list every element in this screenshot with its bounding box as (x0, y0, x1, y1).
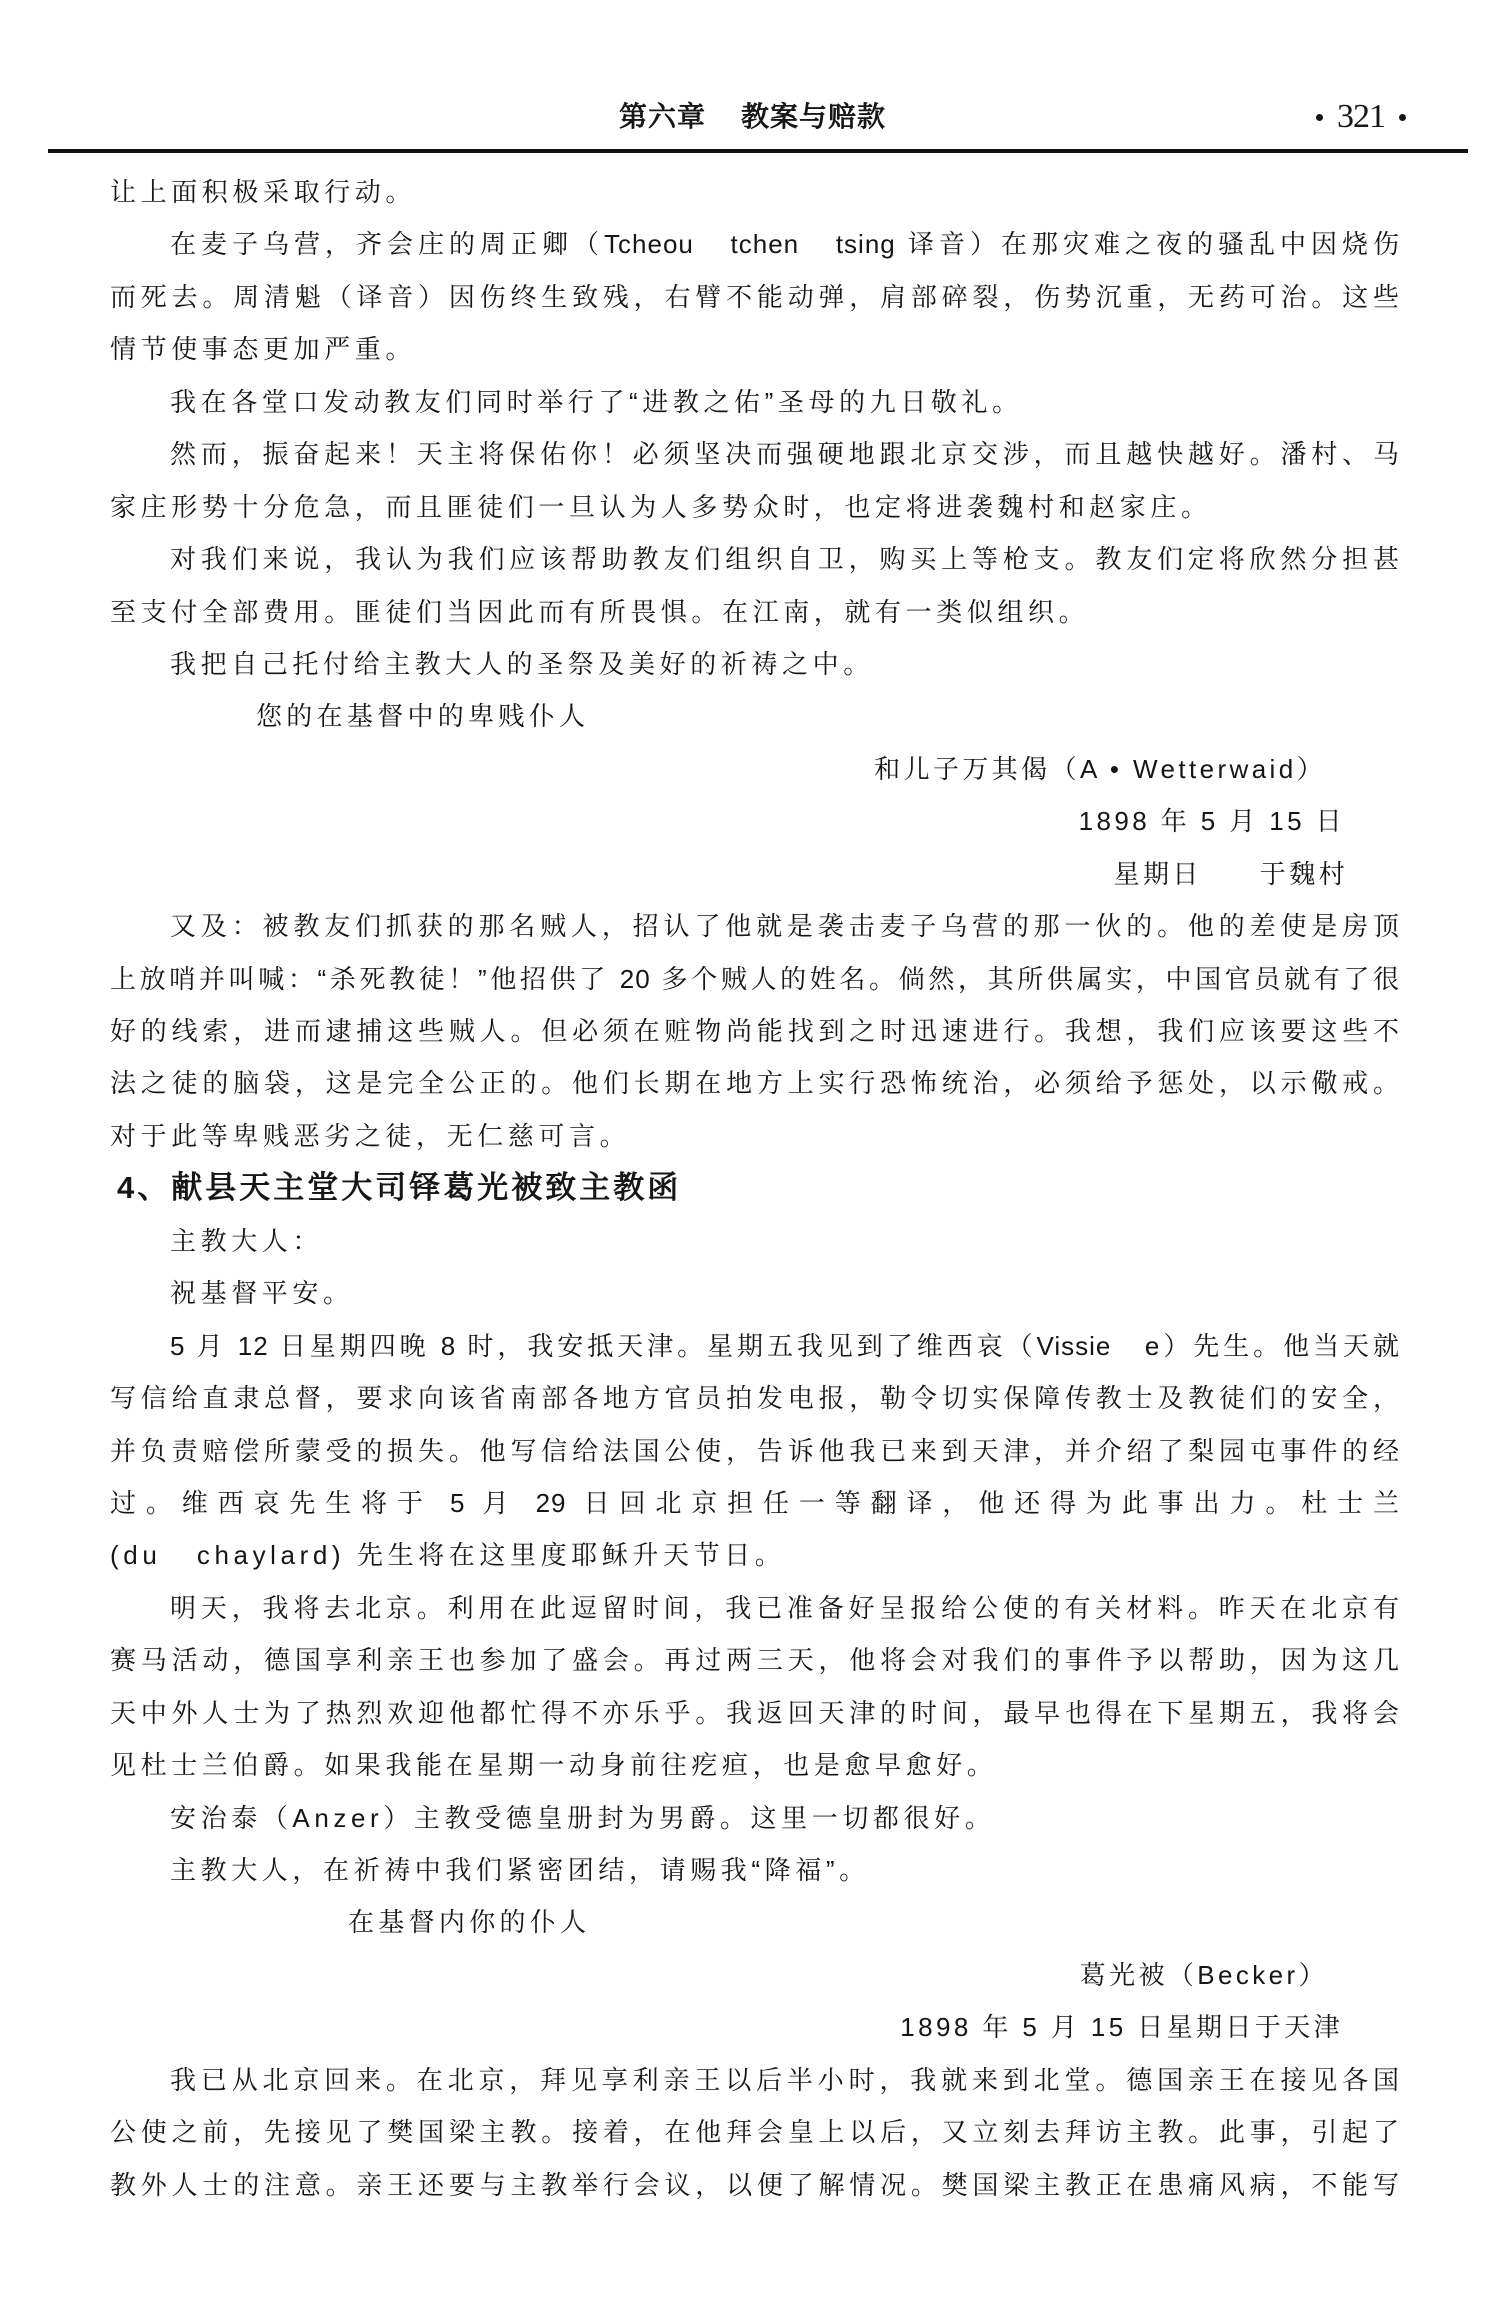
paragraph: 对我们来说，我认为我们应该帮助教友们组织自卫，购买上等枪支。教友们定将欣然分担甚… (110, 533, 1400, 638)
signature-date: 1898 年 5 月 15 日 (110, 795, 1400, 847)
running-header: 第六章 教案与赔款 321 (0, 0, 1500, 160)
text-line: 家庄形势十分危急，而且匪徒们一旦认为人多势众时，也定将进袭魏村和赵家庄。 (110, 481, 1400, 533)
letter-2: 主教大人： 祝基督平安。 5 月 12 日星期四晚 8 时，我安抵天津。星期五我… (110, 1215, 1400, 2211)
signature-name: 葛光被（Becker） (110, 1949, 1400, 2001)
letter-closing: 在基督内你的仆人 (110, 1896, 1400, 1948)
text-line: 我在各堂口发动教友们同时举行了“进教之佑”圣母的九日敬礼。 (110, 376, 1400, 428)
text-line: 主教大人，在祈祷中我们紧密团结，请赐我“降福”。 (110, 1844, 1400, 1896)
paragraph: 5 月 12 日星期四晚 8 时，我安抵天津。星期五我见到了维西哀（Vissie… (110, 1320, 1400, 1582)
text-line: (du chaylard) 先生将在这里度耶稣升天节日。 (110, 1529, 1400, 1581)
letter-1: 让上面积极采取行动。 在麦子乌营，齐会庄的周正卿（Tcheou tchen ts… (110, 166, 1400, 1162)
signature-block: 和儿子万其偈（A • Wetterwaid） 1898 年 5 月 15 日 星… (110, 743, 1400, 900)
section-heading: 4、献县天主堂大司铎葛光被致主教函 (110, 1162, 1400, 1214)
paragraph: 安治泰（Anzer）主教受德皇册封为男爵。这里一切都很好。 (110, 1792, 1400, 1844)
text-line: 而死去。周清魁（译音）因伤终生致残，右臂不能动弹，肩部碎裂，伤势沉重，无药可治。… (110, 271, 1400, 323)
postscript: 我已从北京回来。在北京，拜见享利亲王以后半小时，我就来到北堂。德国亲王在接见各国… (110, 2054, 1400, 2211)
text-line: 并负责赔偿所蒙受的损失。他写信给法国公使，告诉他我已来到天津，并介绍了梨园屯事件… (110, 1425, 1400, 1477)
text-line: 又及：被教友们抓获的那名贼人，招认了他就是袭击麦子乌营的那一伙的。他的差使是房顶 (110, 900, 1400, 952)
text-line: 明天，我将去北京。利用在此逗留时间，我已准备好呈报给公使的有关材料。昨天在北京有 (110, 1582, 1400, 1634)
paragraph: 明天，我将去北京。利用在此逗留时间，我已准备好呈报给公使的有关材料。昨天在北京有… (110, 1582, 1400, 1792)
page-number: 321 (1316, 96, 1406, 138)
letter-greeting: 祝基督平安。 (110, 1267, 1400, 1319)
paragraph: 在麦子乌营，齐会庄的周正卿（Tcheou tchen tsing 译音）在那灾难… (110, 218, 1400, 375)
text-line: 情节使事态更加严重。 (110, 323, 1400, 375)
letter-closing: 您的在基督中的卑贱仆人 (110, 690, 1400, 742)
text-line: 写信给直隶总督，要求向该省南部各地方官员拍发电报，勒令切实保障传教士及教徒们的安… (110, 1372, 1400, 1424)
text-line: 让上面积极采取行动。 (110, 166, 1400, 218)
page-body: 让上面积极采取行动。 在麦子乌营，齐会庄的周正卿（Tcheou tchen ts… (110, 166, 1400, 2211)
text-line: 天中外人士为了热烈欢迎他都忙得不亦乐乎。我返回天津的时间，最早也得在下星期五，我… (110, 1687, 1400, 1739)
text-line: 过。维西哀先生将于 5 月 29 日回北京担任一等翻译，他还得为此事出力。杜士兰 (110, 1477, 1400, 1529)
text-line: 至支付全部费用。匪徒们当因此而有所畏惧。在江南，就有一类似组织。 (110, 586, 1400, 638)
text-line: 5 月 12 日星期四晚 8 时，我安抵天津。星期五我见到了维西哀（Vissie… (110, 1320, 1400, 1372)
text-line: 法之徒的脑袋，这是完全公正的。他们长期在地方上实行恐怖统治，必须给予惩处，以示儆… (110, 1057, 1400, 1109)
signature-date-place: 1898 年 5 月 15 日星期日于天津 (110, 2001, 1400, 2053)
postscript: 又及：被教友们抓获的那名贼人，招认了他就是袭击麦子乌营的那一伙的。他的差使是房顶… (110, 900, 1400, 1162)
paragraph: 主教大人，在祈祷中我们紧密团结，请赐我“降福”。 (110, 1844, 1400, 1896)
text-line: 我把自己托付给主教大人的圣祭及美好的祈祷之中。 (110, 638, 1400, 690)
bullet-dot-icon (1316, 114, 1323, 121)
bullet-dot-icon (1399, 114, 1406, 121)
header-rule (48, 149, 1468, 153)
text-line: 然而，振奋起来！天主将保佑你！必须坚决而强硬地跟北京交涉，而且越快越好。潘村、马 (110, 428, 1400, 480)
signature-day-place: 星期日于魏村 (110, 848, 1400, 900)
signature-place: 于魏村 (1260, 859, 1348, 889)
text-line: 公使之前，先接见了樊国梁主教。接着，在他拜会皇上以后，又立刻去拜访主教。此事，引… (110, 2106, 1400, 2158)
text-line: 见杜士兰伯爵。如果我能在星期一动身前往疙疸，也是愈早愈好。 (110, 1739, 1400, 1791)
chapter-title: 教案与赔款 (741, 99, 886, 135)
text-line: 赛马活动，德国享利亲王也参加了盛会。再过两三天，他将会对我们的事件予以帮助，因为… (110, 1634, 1400, 1686)
text-line: 对我们来说，我认为我们应该帮助教友们组织自卫，购买上等枪支。教友们定将欣然分担甚 (110, 533, 1400, 585)
text-line: 教外人士的注意。亲王还要与主教举行会议，以便了解情况。樊国梁主教正在患痛风病，不… (110, 2159, 1400, 2211)
signature-weekday: 星期日 (1114, 859, 1202, 889)
text-line: 好的线索，进而逮捕这些贼人。但必须在赃物尚能找到之时迅速进行。我想，我们应该要这… (110, 1005, 1400, 1057)
page-number-value: 321 (1337, 96, 1385, 138)
text-line: 我已从北京回来。在北京，拜见享利亲王以后半小时，我就来到北堂。德国亲王在接见各国 (110, 2054, 1400, 2106)
chapter-label: 第六章 (619, 99, 706, 135)
text-line: 安治泰（Anzer）主教受德皇册封为男爵。这里一切都很好。 (110, 1792, 1400, 1844)
text-line: 上放哨并叫喊：“杀死教徒！”他招供了 20 多个贼人的姓名。倘然，其所供属实，中… (110, 953, 1400, 1005)
paragraph: 我在各堂口发动教友们同时举行了“进教之佑”圣母的九日敬礼。 (110, 376, 1400, 428)
text-line: 在麦子乌营，齐会庄的周正卿（Tcheou tchen tsing 译音）在那灾难… (110, 218, 1400, 270)
signature-block: 葛光被（Becker） 1898 年 5 月 15 日星期日于天津 (110, 1949, 1400, 2054)
paragraph: 然而，振奋起来！天主将保佑你！必须坚决而强硬地跟北京交涉，而且越快越好。潘村、马… (110, 428, 1400, 533)
paragraph: 我把自己托付给主教大人的圣祭及美好的祈祷之中。 (110, 638, 1400, 690)
letter-salutation: 主教大人： (110, 1215, 1400, 1267)
text-line: 对于此等卑贱恶劣之徒，无仁慈可言。 (110, 1110, 1400, 1162)
signature-name: 和儿子万其偈（A • Wetterwaid） (110, 743, 1400, 795)
